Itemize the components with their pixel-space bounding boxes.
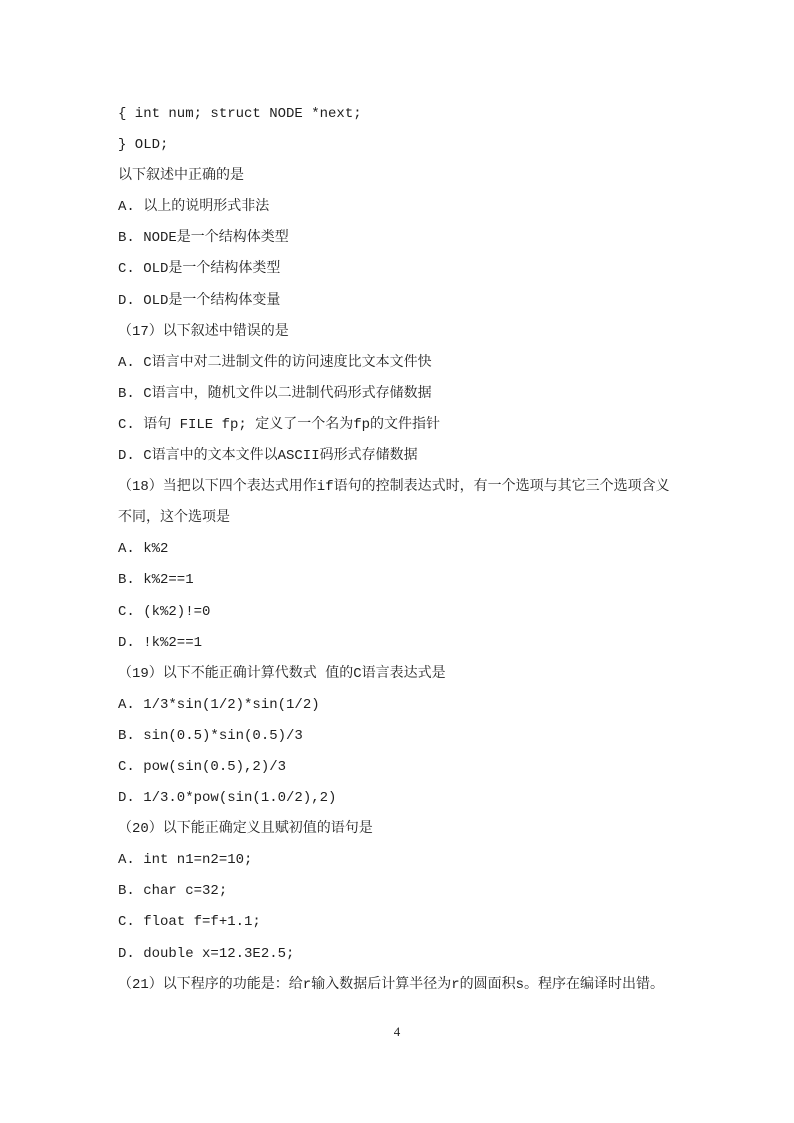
q20-option-b: B. char c=32; — [118, 876, 698, 907]
q19-option-a: A. 1/3*sin(1/2)*sin(1/2) — [118, 690, 698, 721]
q17-option-b: B. C语言中，随机文件以二进制代码形式存储数据 — [118, 379, 698, 410]
q21-heading: （21）以下程序的功能是：给r输入数据后计算半径为r的圆面积s。程序在编译时出错… — [118, 970, 698, 1001]
q16-option-a: A. 以上的说明形式非法 — [118, 192, 698, 223]
page-number: 4 — [0, 1023, 794, 1040]
q18-option-b: B. k%2==1 — [118, 565, 698, 596]
q16-code-line-1: { int num; struct NODE *next; — [118, 99, 698, 130]
q19-option-b: B. sin(0.5)*sin(0.5)/3 — [118, 721, 698, 752]
q16-code-line-2: } OLD; — [118, 130, 698, 161]
q19-heading: （19）以下不能正确计算代数式 值的C语言表达式是 — [118, 659, 698, 690]
document-page: { int num; struct NODE *next;} OLD;以下叙述中… — [0, 0, 794, 1123]
q18-option-d: D. !k%2==1 — [118, 628, 698, 659]
q16-option-c: C. OLD是一个结构体类型 — [118, 254, 698, 285]
q20-heading: （20）以下能正确定义且赋初值的语句是 — [118, 814, 698, 845]
document-body: { int num; struct NODE *next;} OLD;以下叙述中… — [118, 99, 698, 1001]
q18-option-a: A. k%2 — [118, 534, 698, 565]
q16-stem: 以下叙述中正确的是 — [118, 161, 698, 192]
q17-option-a: A. C语言中对二进制文件的访问速度比文本文件快 — [118, 348, 698, 379]
q17-option-d: D. C语言中的文本文件以ASCII码形式存储数据 — [118, 441, 698, 472]
q19-option-c: C. pow(sin(0.5),2)/3 — [118, 752, 698, 783]
q20-option-c: C. float f=f+1.1; — [118, 907, 698, 938]
q18-option-c: C. (k%2)!=0 — [118, 597, 698, 628]
q18-heading-line-1: （18）当把以下四个表达式用作if语句的控制表达式时，有一个选项与其它三个选项含… — [118, 472, 698, 503]
q19-option-d: D. 1/3.0*pow(sin(1.0/2),2) — [118, 783, 698, 814]
q17-option-c: C. 语句 FILE fp; 定义了一个名为fp的文件指针 — [118, 410, 698, 441]
q17-heading: （17）以下叙述中错误的是 — [118, 317, 698, 348]
q20-option-d: D. double x=12.3E2.5; — [118, 939, 698, 970]
q16-option-d: D. OLD是一个结构体变量 — [118, 286, 698, 317]
q18-heading-line-2: 不同，这个选项是 — [118, 503, 698, 534]
q20-option-a: A. int n1=n2=10; — [118, 845, 698, 876]
q16-option-b: B. NODE是一个结构体类型 — [118, 223, 698, 254]
